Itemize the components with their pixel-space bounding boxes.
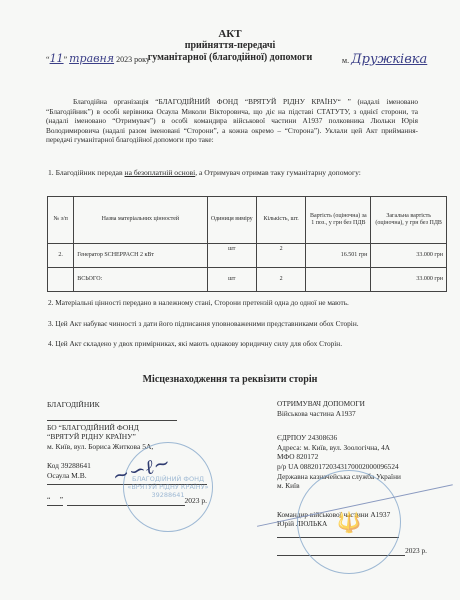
trident-icon: 🔱 <box>337 510 362 534</box>
cell-name: Генератор SCHEPPACH 2 кВт <box>74 244 207 268</box>
cell-unit-price: 16.501 грн <box>306 244 371 268</box>
clause-3: 3. Цей Акт набуває чинності з дати його … <box>48 314 359 335</box>
handwritten-month: травня <box>69 52 114 65</box>
recipient-edrpou: ЄДРПОУ 24308636 <box>277 433 457 443</box>
year-text: 2023 року <box>116 55 150 64</box>
clause-1-before: 1. Благодійник передав <box>48 168 125 177</box>
header-unit: Одиниця виміру <box>207 197 256 244</box>
clause-2: 2. Матеріальні цінності передано в належ… <box>48 293 359 314</box>
table-total-row: ВСЬОГО: шт 2 33.000 грн <box>48 268 447 292</box>
cell-unit: шт <box>207 244 256 268</box>
cell-qty: 2 <box>256 244 305 268</box>
donor-org-line-2: “ВРЯТУЙ РІДНУ КРАЇНУ” <box>47 432 247 442</box>
city-prefix: м. <box>342 56 349 65</box>
items-table: № з/п Назва матеріальних цінностей Одини… <box>47 196 447 292</box>
total-sum: 33.000 грн <box>371 268 447 292</box>
table-row: 2. Генератор SCHEPPACH 2 кВт шт 2 16.501… <box>48 244 447 268</box>
intro-paragraph: Благодійна організація “БЛАГОДІЙНИЙ ФОНД… <box>46 97 418 145</box>
total-num <box>48 268 74 292</box>
donor-org-line-1: БО “БЛАГОДІЙНИЙ ФОНД <box>47 423 247 433</box>
donor-heading: БЛАГОДІЙНИК <box>47 400 247 410</box>
recipient-date-year: 2023 р. <box>405 546 427 556</box>
act-document: АКТ прийняття-передачі гуманітарної (бла… <box>0 0 460 600</box>
recipient-address: Адреса: м. Київ, вул. Зоологічна, 4А <box>277 443 457 453</box>
header-unit-price: Вартість (оціночна) за 1 поз., у грн без… <box>306 197 371 244</box>
date-line: “11” травня 2023 року <box>46 52 150 65</box>
recipient-unit: Військова частина А1937 <box>277 409 457 419</box>
handwritten-day: 11 <box>50 52 64 65</box>
cell-total: 33.000 грн <box>371 244 447 268</box>
clause-1: 1. Благодійник передав на безоплатній ос… <box>48 168 361 177</box>
title: АКТ <box>0 28 460 40</box>
total-unit-price <box>306 268 371 292</box>
subtitle-1: прийняття-передачі <box>0 40 460 52</box>
recipient-stamp: 🔱 <box>297 470 401 574</box>
header-total: Загальна вартість (оціночна), у грн без … <box>371 197 447 244</box>
clause-1-underlined: на безоплатній основі <box>125 168 196 177</box>
recipient-account: р/р UA 088201720343170002000096524 <box>277 462 457 472</box>
requisites-title: Місцезнаходження та реквізити сторін <box>0 374 460 385</box>
donor-heading-line <box>47 420 177 421</box>
total-unit: шт <box>207 268 256 292</box>
header-qty: Кількість, шт. <box>256 197 305 244</box>
total-label: ВСЬОГО: <box>74 268 207 292</box>
handwritten-city: Дружківка <box>351 52 427 67</box>
clause-4: 4. Цей Акт складено у двох примірниках, … <box>48 334 359 355</box>
clauses-list: 2. Матеріальні цінності передано в належ… <box>48 293 359 355</box>
header-name: Назва матеріальних цінностей <box>74 197 207 244</box>
clause-1-after: , а Отримувач отримав таку гуманітарну д… <box>195 168 361 177</box>
cell-num: 2. <box>48 244 74 268</box>
header-num: № з/п <box>48 197 74 244</box>
table-header-row: № з/п Назва матеріальних цінностей Одини… <box>48 197 447 244</box>
total-qty: 2 <box>256 268 305 292</box>
recipient-heading: ОТРИМУВАЧ ДОПОМОГИ <box>277 399 457 409</box>
close-quote: ” <box>64 55 68 64</box>
donor-date-quotes: “ ” <box>47 495 63 506</box>
recipient-mfo: МФО 820172 <box>277 452 457 462</box>
city-line: м. Дружківка <box>342 52 427 67</box>
